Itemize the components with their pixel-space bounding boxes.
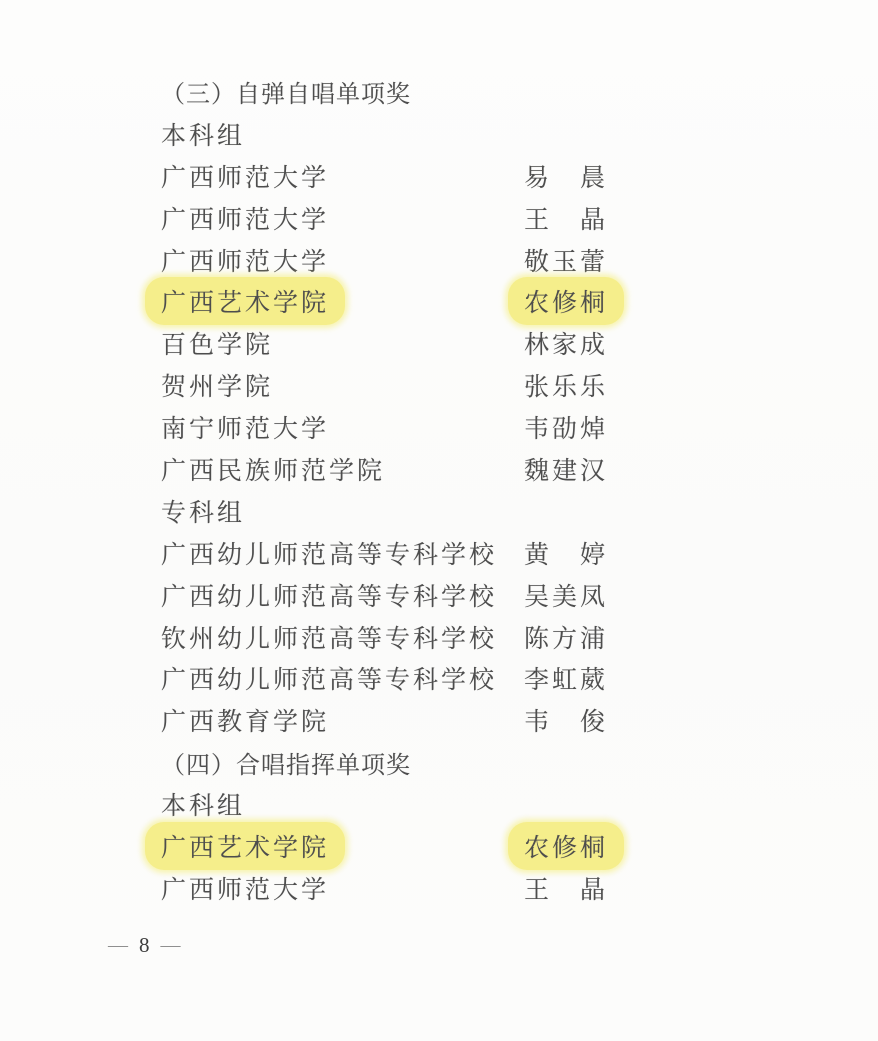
institution-name: 百色学院: [161, 325, 273, 361]
document-page: （三）自弹自唱单项奖 本科组 广西师范大学 易 晨 广西师范大学 王 晶 广西师…: [0, 0, 878, 1041]
institution-name: 南宁师范大学: [161, 409, 329, 445]
name-column: 吴美凤: [524, 577, 616, 613]
name-column: 黄 婷: [524, 535, 616, 571]
page-footer: — 8 —: [108, 933, 181, 958]
winner-name: 张乐乐: [524, 367, 608, 403]
institution-name: 广西民族师范学院: [161, 451, 385, 487]
award-list: （三）自弹自唱单项奖 本科组 广西师范大学 易 晨 广西师范大学 王 晶 广西师…: [0, 71, 878, 909]
institution-name-highlighted: 广西艺术学院: [145, 822, 345, 870]
page-number: 8: [139, 933, 150, 958]
institution-name: 广西师范大学: [161, 242, 329, 278]
name-column: 农修桐: [524, 283, 616, 319]
name-column: 王 晶: [524, 870, 616, 906]
award-row: 广西幼儿师范高等专科学校 吴美凤: [0, 574, 878, 616]
winner-name: 陈方浦: [524, 619, 608, 655]
group-label: 本科组: [161, 786, 245, 822]
group-label-row: 本科组: [0, 783, 878, 825]
award-row: 广西民族师范学院 魏建汉: [0, 448, 878, 490]
section-heading: （三）自弹自唱单项奖: [161, 74, 411, 109]
group-label: 本科组: [161, 116, 245, 152]
winner-name: 韦 俊: [524, 702, 608, 738]
award-row: 广西师范大学 敬玉蕾: [0, 239, 878, 281]
section-heading: （四）合唱指挥单项奖: [161, 745, 411, 780]
name-column: 李虹葳: [524, 660, 616, 696]
award-row: 南宁师范大学 韦劭焯: [0, 406, 878, 448]
winner-name-highlighted: 农修桐: [508, 277, 624, 325]
institution-name-highlighted: 广西艺术学院: [145, 277, 345, 325]
award-row: 广西幼儿师范高等专科学校 黄 婷: [0, 532, 878, 574]
name-column: 韦 俊: [524, 702, 616, 738]
award-row-highlighted: 广西艺术学院 农修桐: [0, 825, 878, 867]
name-column: 魏建汉: [524, 451, 616, 487]
group-label: 专科组: [161, 493, 245, 529]
award-row: 广西幼儿师范高等专科学校 李虹葳: [0, 657, 878, 699]
name-column: 敬玉蕾: [524, 242, 616, 278]
winner-name: 黄 婷: [524, 535, 608, 571]
winner-name: 魏建汉: [524, 451, 608, 487]
footer-dash-left: —: [108, 934, 128, 957]
institution-name: 广西师范大学: [161, 870, 329, 906]
award-row-highlighted: 广西艺术学院 农修桐: [0, 280, 878, 322]
institution-name: 广西幼儿师范高等专科学校: [161, 535, 497, 571]
name-column: 农修桐: [524, 828, 616, 864]
name-column: 林家成: [524, 325, 616, 361]
institution-name: 贺州学院: [161, 367, 273, 403]
winner-name: 林家成: [524, 325, 608, 361]
group-label-row: 专科组: [0, 490, 878, 532]
footer-dash-right: —: [161, 934, 181, 957]
winner-name: 吴美凤: [524, 577, 608, 613]
winner-name: 王 晶: [524, 870, 608, 906]
award-row: 百色学院 林家成: [0, 322, 878, 364]
winner-name: 王 晶: [524, 200, 608, 236]
winner-name: 易 晨: [524, 158, 608, 194]
award-row: 广西师范大学 王 晶: [0, 197, 878, 239]
award-row: 钦州幼儿师范高等专科学校 陈方浦: [0, 616, 878, 658]
name-column: 张乐乐: [524, 367, 616, 403]
institution-name: 广西幼儿师范高等专科学校: [161, 660, 497, 696]
name-column: 易 晨: [524, 158, 616, 194]
winner-name-highlighted: 农修桐: [508, 822, 624, 870]
section-heading-row: （三）自弹自唱单项奖: [0, 71, 878, 113]
winner-name: 李虹葳: [524, 660, 608, 696]
award-row: 广西教育学院 韦 俊: [0, 699, 878, 741]
award-row: 广西师范大学 王 晶: [0, 867, 878, 909]
name-column: 韦劭焯: [524, 409, 616, 445]
award-row: 广西师范大学 易 晨: [0, 155, 878, 197]
group-label-row: 本科组: [0, 113, 878, 155]
institution-name: 广西幼儿师范高等专科学校: [161, 577, 497, 613]
name-column: 王 晶: [524, 200, 616, 236]
award-row: 贺州学院 张乐乐: [0, 364, 878, 406]
winner-name: 韦劭焯: [524, 409, 608, 445]
section-heading-row: （四）合唱指挥单项奖: [0, 741, 878, 783]
name-column: 陈方浦: [524, 619, 616, 655]
institution-name: 广西师范大学: [161, 200, 329, 236]
winner-name: 敬玉蕾: [524, 242, 608, 278]
institution-name: 广西师范大学: [161, 158, 329, 194]
institution-name: 广西教育学院: [161, 702, 329, 738]
institution-name: 钦州幼儿师范高等专科学校: [161, 619, 497, 655]
